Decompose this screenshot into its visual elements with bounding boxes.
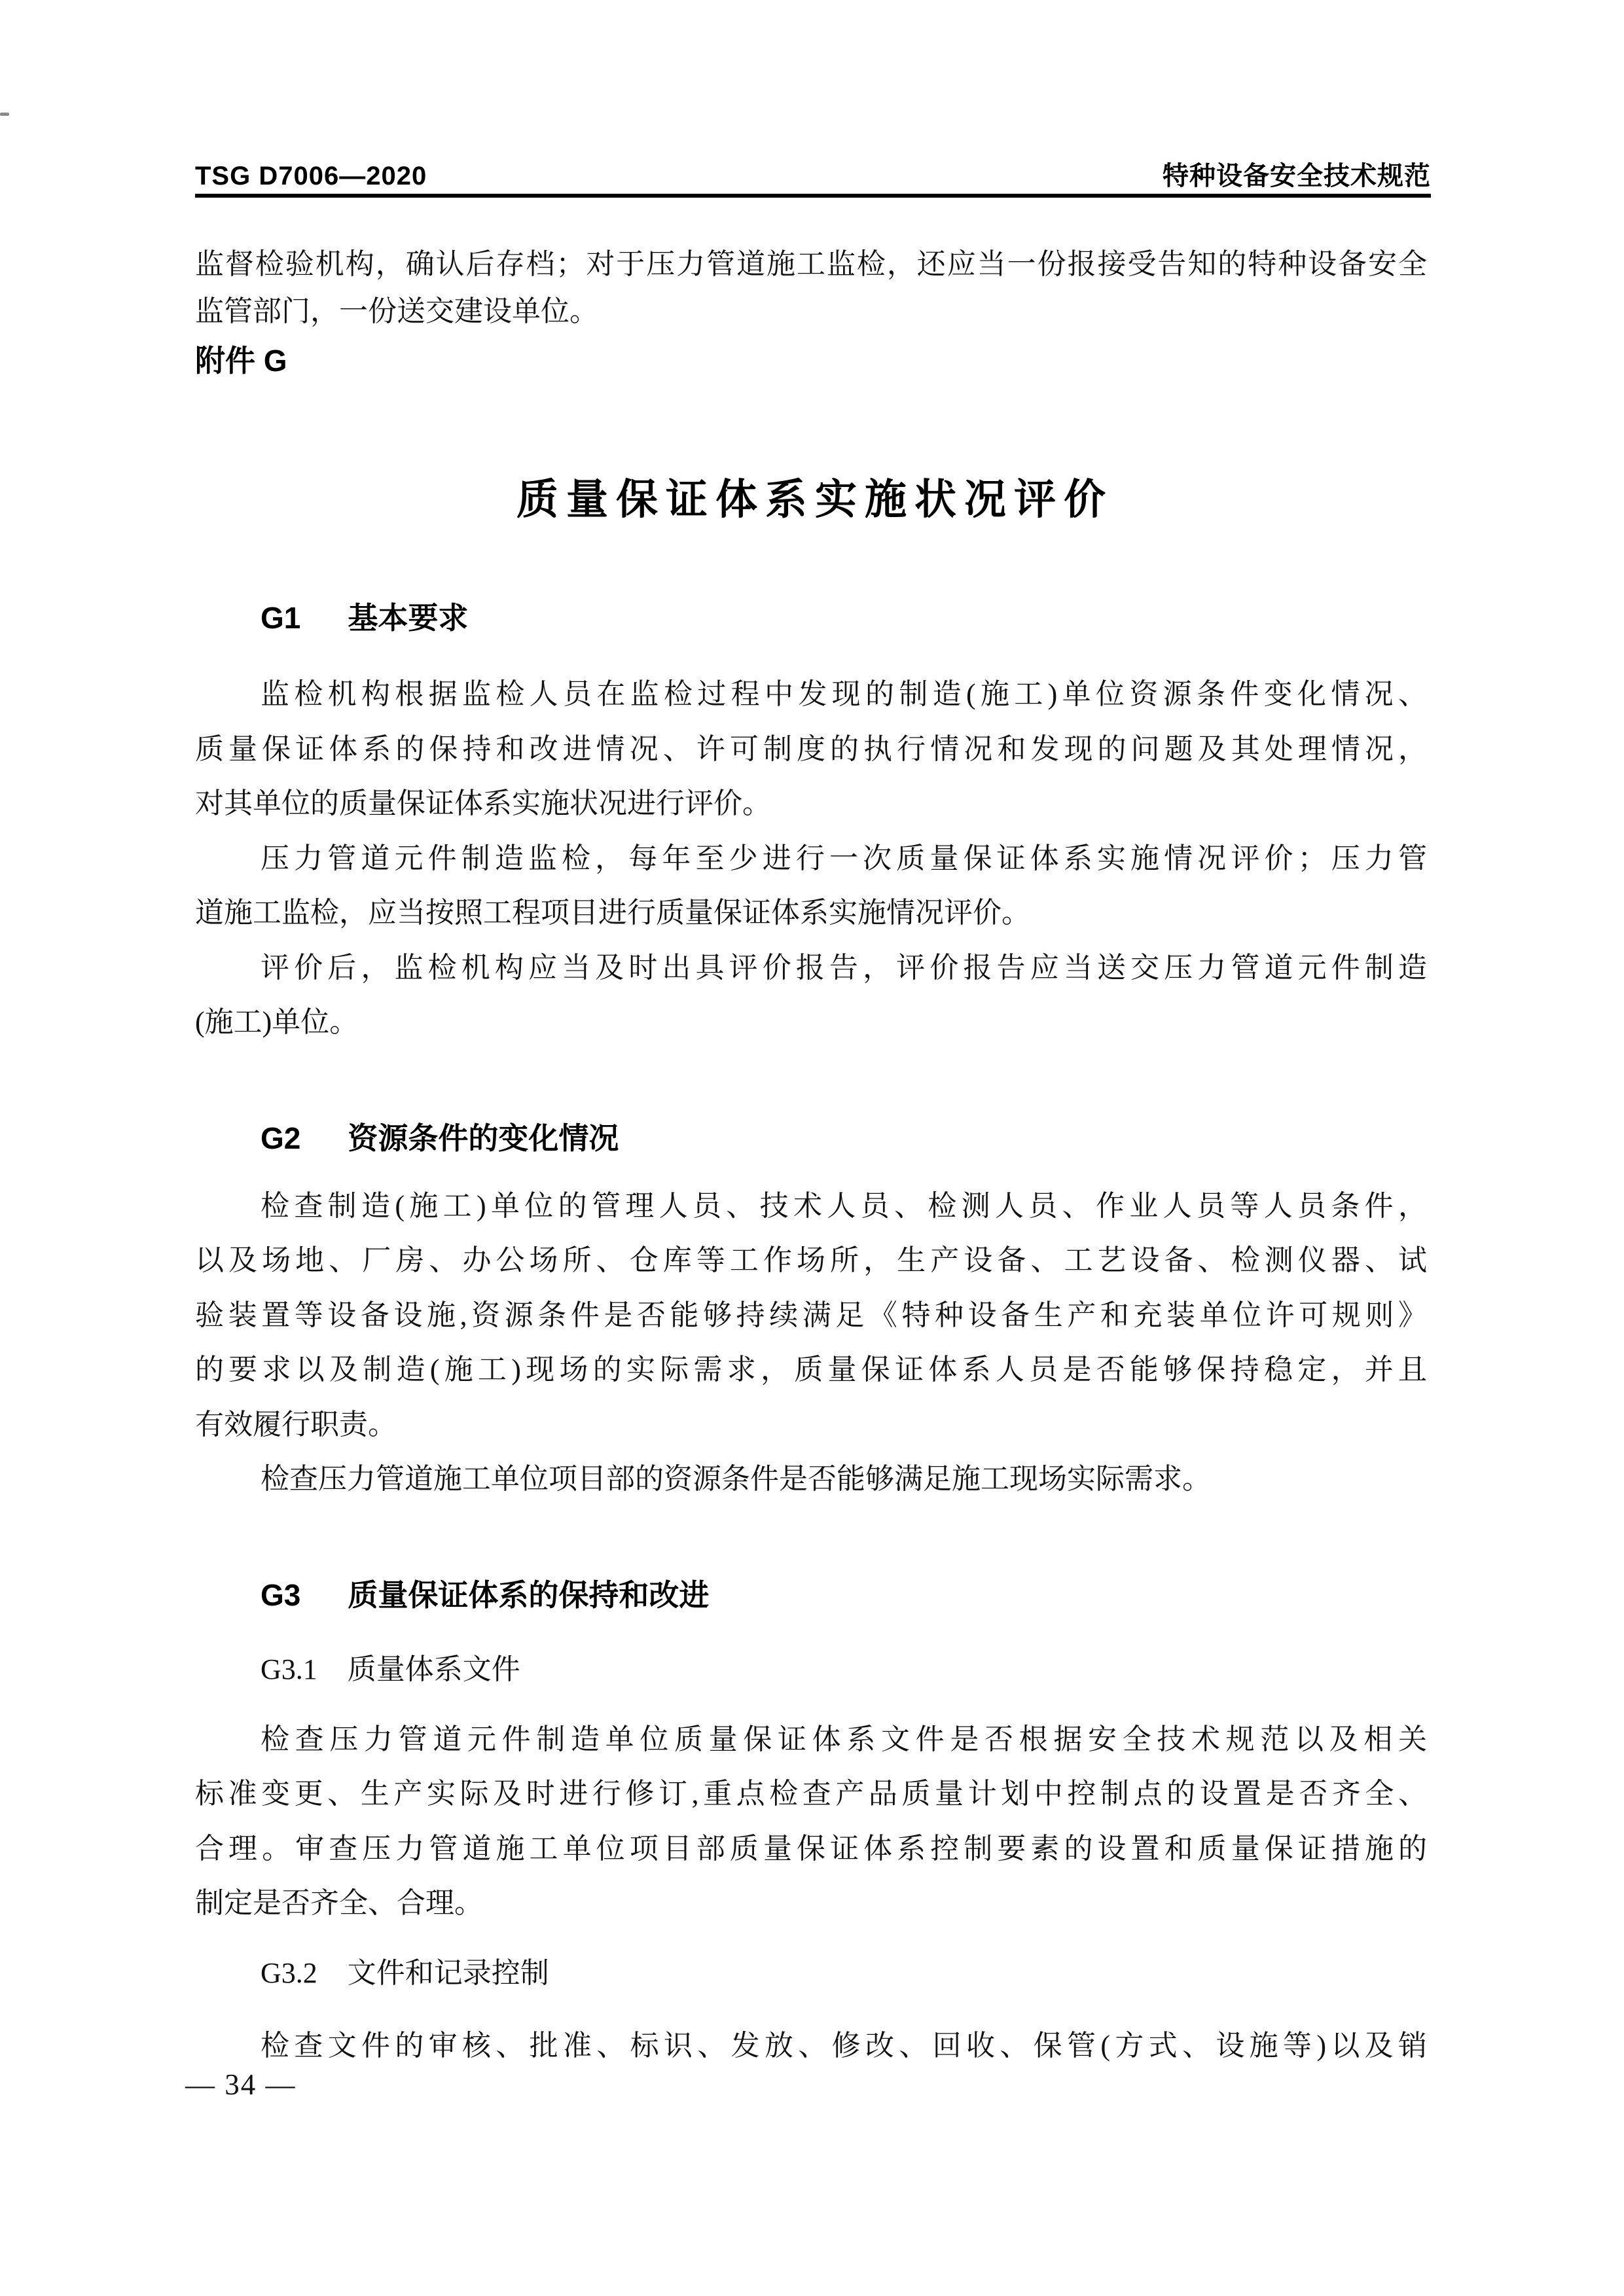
text-line: 有效履行职责。 <box>195 1397 1427 1452</box>
section-heading: G3质量保证体系的保持和改进 <box>195 1575 1427 1615</box>
paragraph-block: 检查压力管道元件制造单位质量保证体系文件是否根据安全技术规范以及相关标准变更、生… <box>195 1712 1427 1931</box>
paragraph-block: 检查文件的审核、批准、标识、发放、修改、回收、保管(方式、设施等)以及销 <box>195 2018 1427 2073</box>
page-number: — 34 — <box>185 2065 297 2104</box>
text-line: 验装置等设备设施,资源条件是否能够持续满足《特种设备生产和充装单位许可规则》 <box>195 1288 1427 1343</box>
paragraph-block: 监检机构根据监检人员在监检过程中发现的制造(施工)单位资源条件变化情况、质量保证… <box>195 667 1427 1050</box>
subsection-heading: G3.1质量体系文件 <box>195 1649 1427 1690</box>
text-line: 道施工监检，应当按照工程项目进行质量保证体系实施情况评价。 <box>195 886 1427 941</box>
section-number: G3 <box>261 1578 300 1612</box>
section-number: G3.2 <box>261 1957 317 1989</box>
section-heading: G2资源条件的变化情况 <box>195 1118 1427 1158</box>
section-title: 质量保证体系的保持和改进 <box>348 1578 709 1612</box>
text-line: 检查压力管道元件制造单位质量保证体系文件是否根据安全技术规范以及相关 <box>195 1712 1427 1767</box>
text-line: 检查文件的审核、批准、标识、发放、修改、回收、保管(方式、设施等)以及销 <box>195 2018 1427 2073</box>
text-line: 制定是否齐全、合理。 <box>195 1876 1427 1931</box>
text-line: 评价后，监检机构应当及时出具评价报告，评价报告应当送交压力管道元件制造 <box>195 941 1427 996</box>
text-line: 标准变更、生产实际及时进行修订,重点检查产品质量计划中控制点的设置是否齐全、 <box>195 1767 1427 1821</box>
paragraph-block: 检查制造(施工)单位的管理人员、技术人员、检测人员、作业人员等人员条件，以及场地… <box>195 1179 1427 1507</box>
text-line: 压力管道元件制造监检，每年至少进行一次质量保证体系实施情况评价；压力管 <box>195 831 1427 886</box>
section-number: G2 <box>261 1121 300 1155</box>
text-line: 质量保证体系的保持和改进情况、许可制度的执行情况和发现的问题及其处理情况， <box>195 722 1427 777</box>
text-line: 的要求以及制造(施工)现场的实际需求，质量保证体系人员是否能够保持稳定，并且 <box>195 1342 1427 1397</box>
document-title: 质量保证体系实施状况评价 <box>195 472 1427 527</box>
section-number: G3.1 <box>261 1653 317 1685</box>
text-line: 对其单位的质量保证体系实施状况进行评价。 <box>195 776 1427 831</box>
section-title: 文件和记录控制 <box>348 1957 549 1989</box>
text-line: 监检机构根据监检人员在监检过程中发现的制造(施工)单位资源条件变化情况、 <box>195 667 1427 722</box>
section-title: 基本要求 <box>348 601 468 635</box>
text-line: 合理。审查压力管道施工单位项目部质量保证体系控制要素的设置和质量保证措施的 <box>195 1821 1427 1876</box>
text-line: (施工)单位。 <box>195 995 1427 1050</box>
section-number: G1 <box>261 601 300 635</box>
document-body: 监督检验机构，确认后存档；对于压力管道施工监检，还应当一份报接受告知的特种设备安… <box>195 0 1427 2296</box>
scan-artifact-mark <box>0 113 9 116</box>
text-line: 检查制造(施工)单位的管理人员、技术人员、检测人员、作业人员等人员条件， <box>195 1179 1427 1234</box>
document-page: TSG D7006—2020 特种设备安全技术规范 监督检验机构，确认后存档；对… <box>0 0 1624 2296</box>
paragraph-block: 监督检验机构，确认后存档；对于压力管道施工监检，还应当一份报接受告知的特种设备安… <box>195 241 1427 335</box>
section-heading: G1基本要求 <box>195 598 1427 638</box>
section-title: 质量体系文件 <box>348 1653 520 1685</box>
section-title: 资源条件的变化情况 <box>348 1121 619 1155</box>
attachment-label: 附件 G <box>195 340 1427 381</box>
text-line: 检查压力管道施工单位项目部的资源条件是否能够满足施工现场实际需求。 <box>195 1452 1427 1507</box>
text-line: 监管部门，一份送交建设单位。 <box>195 288 1427 335</box>
text-line: 监督检验机构，确认后存档；对于压力管道施工监检，还应当一份报接受告知的特种设备安… <box>195 241 1427 288</box>
subsection-heading: G3.2文件和记录控制 <box>195 1953 1427 1994</box>
text-line: 以及场地、厂房、办公场所、仓库等工作场所，生产设备、工艺设备、检测仪器、试 <box>195 1233 1427 1288</box>
